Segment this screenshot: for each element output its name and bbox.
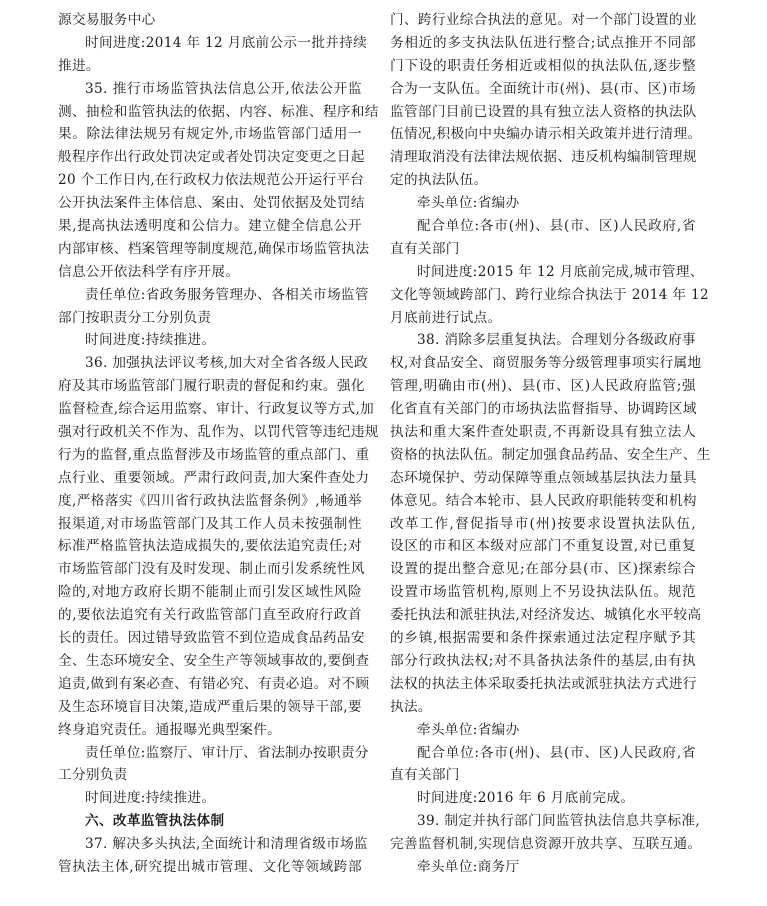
text-line: 果。除法律法规另有规定外,市场监管部门适用一 — [58, 123, 362, 146]
text-line: 资格的执法队伍。制定加强食品药品、安全生产、生 — [390, 444, 696, 467]
text-line: 文化等领域跨部门、跨行业综合执法于 2014 年 12 — [390, 284, 696, 307]
text-line: 般程序作出行政处罚决定或者处罚决定变更之日起 — [58, 146, 362, 169]
text-line: 36. 加强执法评议考核,加大对全省各级人民政 — [58, 352, 362, 375]
text-line: 38. 消除多层重复执法。合理划分各级政府事 — [390, 329, 696, 352]
right-column: 门、跨行业综合执法的意见。对一个部门设置的业务相近的多支执法队伍进行整合;试点推… — [390, 9, 696, 879]
text-line: 执法和重大案件查处职责,不再新设具有独立法人 — [390, 421, 696, 444]
text-line: 牵头单位:商务厅 — [390, 856, 696, 879]
text-line: 内部审核、档案管理等制度规范,确保市场监管执法 — [58, 238, 362, 261]
text-line: 合为一支队伍。全面统计市(州)、县(市、区)市场 — [390, 78, 696, 101]
text-line: 设区的市和区本级对应部门不重复设置,对已重复 — [390, 535, 696, 558]
text-line: 伍情况,积极向中央编办请示相关政策并进行清理。 — [390, 123, 696, 146]
text-line: 时间进度:2016 年 6 月底前完成。 — [390, 787, 696, 810]
text-line: 部分行政执法权;对不具备执法条件的基层,由有执 — [390, 650, 696, 673]
text-line: 府及其市场监管部门履行职责的督促和约束。强化 — [58, 375, 362, 398]
text-line: 度,严格落实《四川省行政执法监督条例》,畅通举 — [58, 490, 362, 513]
text-line: 追责,做到有案必查、有错必究、有责必追。对不顾 — [58, 673, 362, 696]
text-line: 市场监管部门没有及时发现、制止而引发系统性风 — [58, 558, 362, 581]
text-line: 的乡镇,根据需要和条件探索通过法定程序赋予其 — [390, 627, 696, 650]
text-line: 险的,对地方政府长期不能制止而引发区域性风险 — [58, 581, 362, 604]
text-line: 长的责任。因过错导致监管不到位造成食品药品安 — [58, 627, 362, 650]
text-line: 体意见。结合本轮市、县人民政府职能转变和机构 — [390, 490, 696, 513]
section-heading: 六、改革监管执法体制 — [58, 810, 362, 833]
text-line: 务相近的多支执法队伍进行整合;试点推开不同部 — [390, 32, 696, 55]
text-line: 定的执法队伍。 — [390, 169, 696, 192]
text-line: 工分别负责 — [58, 764, 362, 787]
text-line: 标准严格监管执法造成损失的,要依法追究责任;对 — [58, 535, 362, 558]
text-line: 监督检查,综合运用监察、审计、行政复议等方式,加 — [58, 398, 362, 421]
text-line: 时间进度:2014 年 12 月底前公示一批并持续 — [58, 32, 362, 55]
text-line: 源交易服务中心 — [58, 9, 362, 32]
text-line: 态环境保护、劳动保障等重点领域基层执法力量具 — [390, 467, 696, 490]
text-line: 改革工作,督促指导市(州)按要求设置执法队伍, — [390, 513, 696, 536]
text-line: 门下设的职责任务相近或相似的执法队伍,逐步整 — [390, 55, 696, 78]
text-line: 终身追究责任。通报曝光典型案件。 — [58, 719, 362, 742]
text-line: 委托执法和派驻执法,对经济发达、城镇化水平较高 — [390, 604, 696, 627]
text-line: 设置的提出整合意见;在部分县(市、区)探索综合 — [390, 558, 696, 581]
text-line: 责任单位:监察厅、审计厅、省法制办按职责分 — [58, 742, 362, 765]
text-line: 权,对食品安全、商贸服务等分级管理事项实行属地 — [390, 352, 696, 375]
text-line: 执法。 — [390, 696, 696, 719]
text-line: 责任单位:省政务服务管理办、各相关市场监管 — [58, 284, 362, 307]
text-line: 配合单位:各市(州)、县(市、区)人民政府,省 — [390, 742, 696, 765]
text-line: 时间进度:持续推进。 — [58, 329, 362, 352]
text-line: 牵头单位:省编办 — [390, 719, 696, 742]
text-line: 37. 解决多头执法,全面统计和清理省级市场监 — [58, 833, 362, 856]
text-line: 35. 推行市场监管执法信息公开,依法公开监 — [58, 78, 362, 101]
text-line: 门、跨行业综合执法的意见。对一个部门设置的业 — [390, 9, 696, 32]
text-line: 公开执法案件主体信息、案由、处罚依据及处罚结 — [58, 192, 362, 215]
text-line: 管理,明确由市(州)、县(市、区)人民政府监管;强 — [390, 375, 696, 398]
text-line: 直有关部门 — [390, 238, 696, 261]
text-line: 牵头单位:省编办 — [390, 192, 696, 215]
text-line: 直有关部门 — [390, 764, 696, 787]
text-line: 管执法主体,研究提出城市管理、文化等领域跨部 — [58, 856, 362, 879]
text-line: 时间进度:持续推进。 — [58, 787, 362, 810]
text-line: 完善监督机制,实现信息资源开放共享、互联互通。 — [390, 833, 696, 856]
text-line: 测、抽检和监管执法的依据、内容、标准、程序和结 — [58, 101, 362, 124]
text-line: 配合单位:各市(州)、县(市、区)人民政府,省 — [390, 215, 696, 238]
text-line: 时间进度:2015 年 12 月底前完成,城市管理、 — [390, 261, 696, 284]
text-line: 强对行政机关不作为、乱作为、以罚代管等违纪违规 — [58, 421, 362, 444]
left-column: 源交易服务中心时间进度:2014 年 12 月底前公示一批并持续推进。35. 推… — [58, 9, 362, 879]
text-line: 信息公开依法科学有序开展。 — [58, 261, 362, 284]
text-line: 推进。 — [58, 55, 362, 78]
text-line: 化省直有关部门的市场执法监督指导、协调跨区域 — [390, 398, 696, 421]
text-line: 清理取消没有法律法规依据、违反机构编制管理规 — [390, 146, 696, 169]
text-line: 果,提高执法透明度和公信力。建立健全信息公开 — [58, 215, 362, 238]
text-line: 监管部门目前已设置的具有独立法人资格的执法队 — [390, 101, 696, 124]
text-line: 全、生态环境安全、安全生产等领域事故的,要倒查 — [58, 650, 362, 673]
text-line: 的,要依法追究有关行政监管部门直至政府行政首 — [58, 604, 362, 627]
text-line: 39. 制定并执行部门间监管执法信息共享标准, — [390, 810, 696, 833]
text-line: 报渠道,对市场监管部门及其工作人员未按强制性 — [58, 513, 362, 536]
document-page: 源交易服务中心时间进度:2014 年 12 月底前公示一批并持续推进。35. 推… — [0, 0, 767, 906]
text-line: 20 个工作日内,在行政权力依法规范公开运行平台 — [58, 169, 362, 192]
text-line: 月底前进行试点。 — [390, 307, 696, 330]
text-line: 部门按职责分工分别负责 — [58, 307, 362, 330]
text-line: 点行业、重要领域。严肃行政问责,加大案件查处力 — [58, 467, 362, 490]
text-line: 及生态环境盲目决策,造成严重后果的领导干部,要 — [58, 696, 362, 719]
text-line: 法权的执法主体采取委托执法或派驻执法方式进行 — [390, 673, 696, 696]
text-line: 行为的监督,重点监督涉及市场监管的重点部门、重 — [58, 444, 362, 467]
text-line: 设置市场监管机构,原则上不另设执法队伍。规范 — [390, 581, 696, 604]
